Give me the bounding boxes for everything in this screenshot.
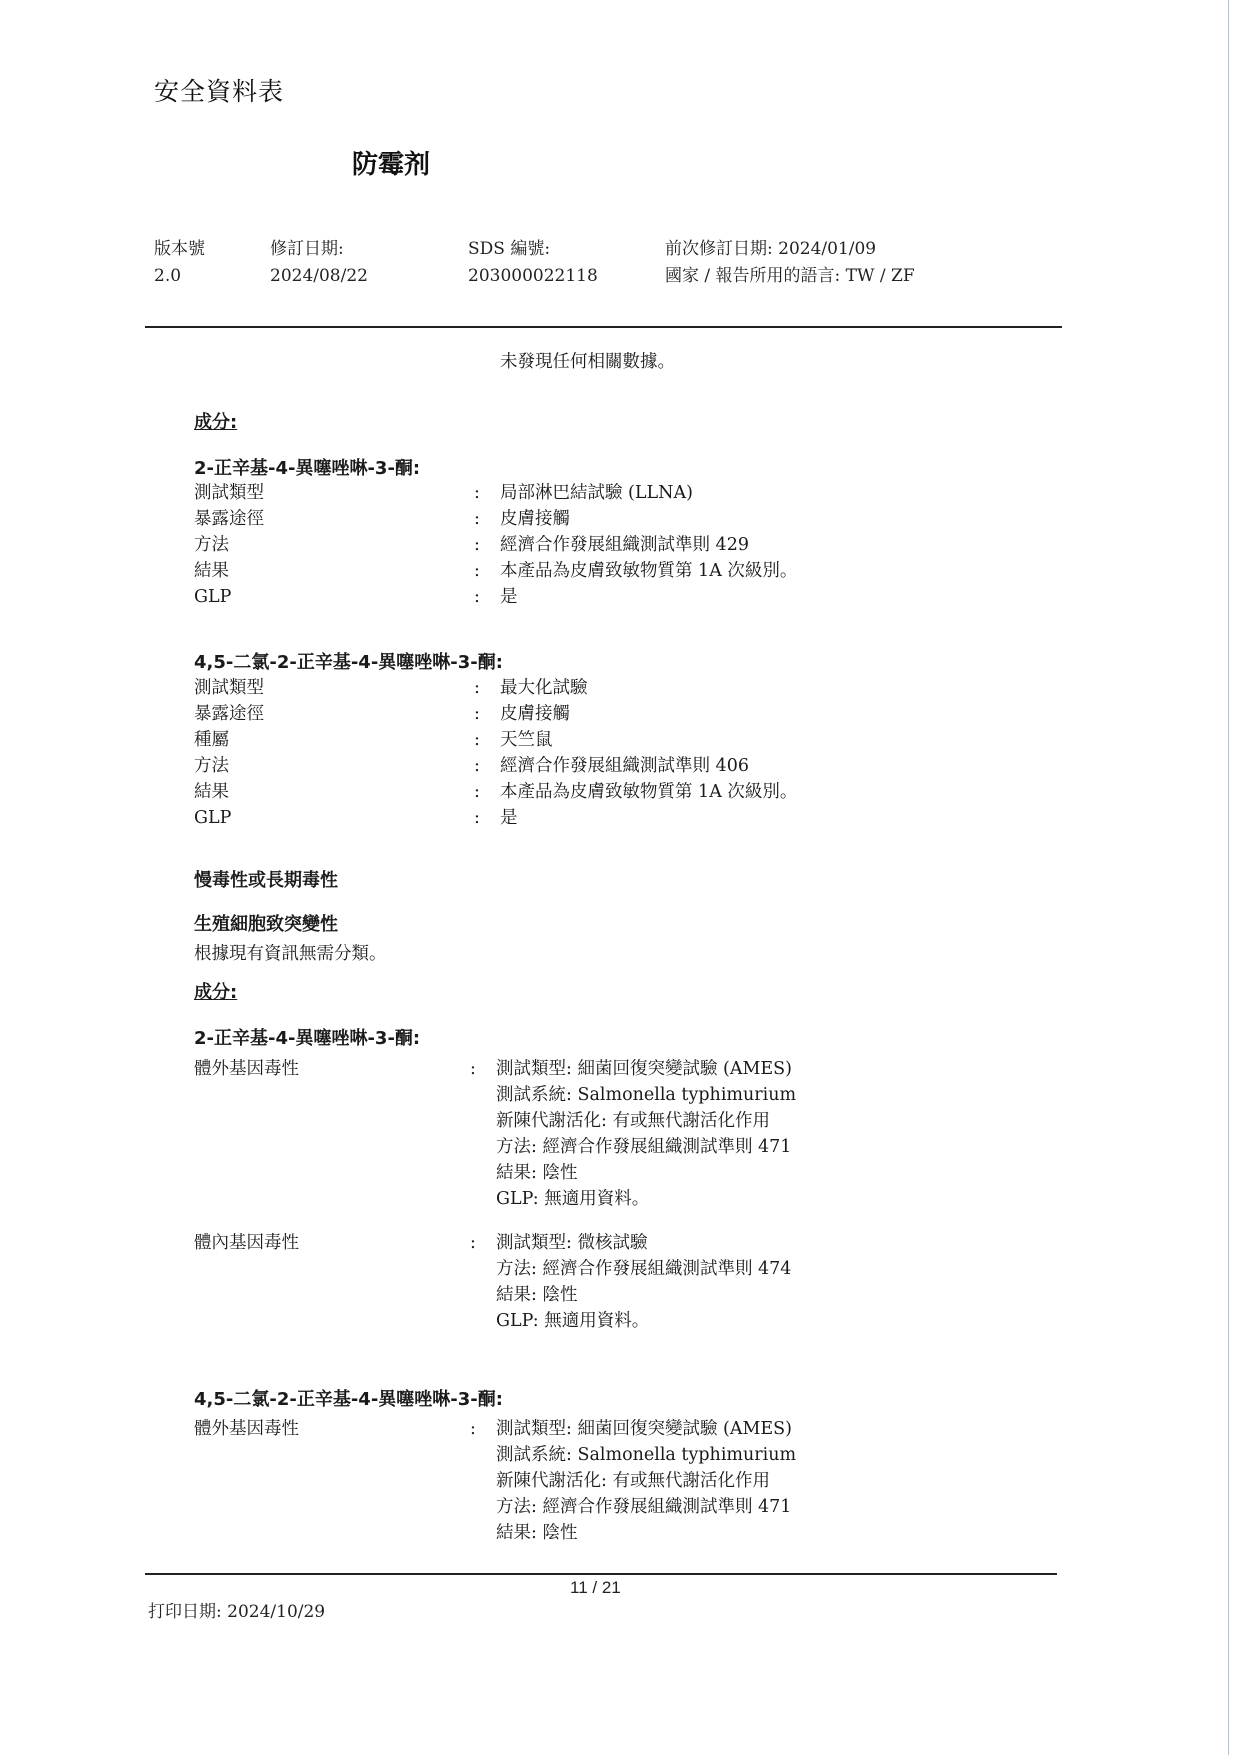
separator: : — [470, 1416, 476, 1442]
result-line: 方法: 經濟合作發展組織測試準則 474 — [496, 1256, 791, 1282]
result-line: GLP: 無適用資料。 — [496, 1186, 796, 1212]
meta-version-value: 2.0 — [154, 263, 205, 290]
result-line: 測試系統: Salmonella typhimurium — [496, 1442, 796, 1468]
property-key: GLP — [194, 805, 231, 831]
separator: : — [474, 480, 480, 506]
property-value: 經濟合作發展組織測試準則 406 — [500, 753, 749, 779]
property-key: 種屬 — [194, 727, 229, 753]
property-row: 測試類型 : 最大化試驗 — [194, 675, 1054, 701]
result-line: GLP: 無適用資料。 — [496, 1308, 791, 1334]
result-line: 方法: 經濟合作發展組織測試準則 471 — [496, 1494, 796, 1520]
page-number: 11 / 21 — [570, 1578, 621, 1598]
property-row: 結果 : 本產品為皮膚致敏物質第 1A 次級別。 — [194, 558, 1054, 584]
property-key: 結果 — [194, 558, 229, 584]
result-line: 測試類型: 微核試驗 — [496, 1230, 791, 1256]
result-lines: 測試類型: 微核試驗 方法: 經濟合作發展組織測試準則 474 結果: 陰性 G… — [496, 1230, 791, 1334]
property-key: 體內基因毒性 — [194, 1230, 299, 1256]
property-value: 本產品為皮膚致敏物質第 1A 次級別。 — [500, 558, 797, 584]
meta-country-language: 國家 / 報告所用的語言: TW / ZF — [665, 263, 915, 290]
property-table: 測試類型 : 局部淋巴結試驗 (LLNA) 暴露途徑 : 皮膚接觸 方法 : 經… — [194, 480, 1054, 610]
separator: : — [474, 805, 480, 831]
property-key: 暴露途徑 — [194, 506, 264, 532]
meta-version-label: 版本號 — [154, 236, 205, 263]
result-lines: 測試類型: 細菌回復突變試驗 (AMES) 測試系統: Salmonella t… — [496, 1056, 796, 1212]
property-row: 結果 : 本產品為皮膚致敏物質第 1A 次級別。 — [194, 779, 1054, 805]
property-value: 皮膚接觸 — [500, 506, 570, 532]
footer-divider — [145, 1573, 1057, 1575]
result-line: 測試類型: 細菌回復突變試驗 (AMES) — [496, 1416, 796, 1442]
separator: : — [474, 558, 480, 584]
document-title: 安全資料表 — [154, 72, 284, 108]
property-key: 方法 — [194, 532, 229, 558]
substance-name: 4,5-二氯-2-正辛基-4-異噻唑啉-3-酮: — [194, 648, 503, 674]
property-key: 體外基因毒性 — [194, 1056, 299, 1082]
property-row: 暴露途徑 : 皮膚接觸 — [194, 701, 1054, 727]
substance-name: 4,5-二氯-2-正辛基-4-異噻唑啉-3-酮: — [194, 1385, 503, 1411]
meta-revision-date: 修訂日期: 2024/08/22 — [270, 236, 368, 290]
meta-sds-number-value: 203000022118 — [468, 263, 598, 290]
property-value: 是 — [500, 805, 518, 831]
property-value: 皮膚接觸 — [500, 701, 570, 727]
substance-name: 2-正辛基-4-異噻唑啉-3-酮: — [194, 1024, 420, 1050]
meta-sds-number: SDS 編號: 203000022118 — [468, 236, 598, 290]
property-key: GLP — [194, 584, 231, 610]
property-table: 測試類型 : 最大化試驗 暴露途徑 : 皮膚接觸 種屬 : 天竺鼠 方法 : 經… — [194, 675, 1054, 831]
result-line: 結果: 陰性 — [496, 1520, 796, 1546]
separator: : — [474, 532, 480, 558]
property-row: 暴露途徑 : 皮膚接觸 — [194, 506, 1054, 532]
header-divider — [145, 326, 1062, 328]
product-name: 防霉剂 — [352, 144, 430, 181]
meta-previous-revision: 前次修訂日期: 2024/01/09 國家 / 報告所用的語言: TW / ZF — [665, 236, 915, 290]
result-line: 測試系統: Salmonella typhimurium — [496, 1082, 796, 1108]
result-line: 新陳代謝活化: 有或無代謝活化作用 — [496, 1468, 796, 1494]
property-row: GLP : 是 — [194, 805, 1054, 831]
property-row: 種屬 : 天竺鼠 — [194, 727, 1054, 753]
property-key: 體外基因毒性 — [194, 1416, 299, 1442]
separator: : — [474, 506, 480, 532]
property-value: 是 — [500, 584, 518, 610]
property-row: 方法 : 經濟合作發展組織測試準則 429 — [194, 532, 1054, 558]
chronic-toxicity-heading: 慢毒性或長期毒性 — [194, 866, 338, 892]
property-value: 天竺鼠 — [500, 727, 553, 753]
result-lines: 測試類型: 細菌回復突變試驗 (AMES) 測試系統: Salmonella t… — [496, 1416, 796, 1546]
result-line: 測試類型: 細菌回復突變試驗 (AMES) — [496, 1056, 796, 1082]
property-value: 局部淋巴結試驗 (LLNA) — [500, 480, 693, 506]
separator: : — [474, 779, 480, 805]
property-key: 方法 — [194, 753, 229, 779]
property-key: 暴露途徑 — [194, 701, 264, 727]
meta-sds-number-label: SDS 編號: — [468, 236, 598, 263]
substance-name: 2-正辛基-4-異噻唑啉-3-酮: — [194, 454, 420, 480]
property-key: 測試類型 — [194, 480, 264, 506]
page-edge — [1228, 0, 1229, 1755]
no-data-note: 未發現任何相關數據。 — [500, 348, 675, 373]
separator: : — [470, 1230, 476, 1256]
property-row: 測試類型 : 局部淋巴結試驗 (LLNA) — [194, 480, 1054, 506]
result-line: 結果: 陰性 — [496, 1160, 796, 1186]
separator: : — [474, 584, 480, 610]
result-line: 結果: 陰性 — [496, 1282, 791, 1308]
meta-version: 版本號 2.0 — [154, 236, 205, 290]
meta-revision-date-label: 修訂日期: — [270, 236, 368, 263]
separator: : — [474, 675, 480, 701]
components-heading: 成分: — [194, 408, 237, 434]
print-date: 打印日期: 2024/10/29 — [148, 1597, 325, 1622]
result-line: 方法: 經濟合作發展組織測試準則 471 — [496, 1134, 796, 1160]
germ-cell-heading: 生殖細胞致突變性 — [194, 910, 338, 936]
components-heading: 成分: — [194, 978, 237, 1004]
separator: : — [470, 1056, 476, 1082]
meta-revision-date-value: 2024/08/22 — [270, 263, 368, 290]
separator: : — [474, 753, 480, 779]
separator: : — [474, 727, 480, 753]
property-key: 結果 — [194, 779, 229, 805]
meta-previous-revision-date: 前次修訂日期: 2024/01/09 — [665, 236, 915, 263]
property-row: GLP : 是 — [194, 584, 1054, 610]
result-line: 新陳代謝活化: 有或無代謝活化作用 — [496, 1108, 796, 1134]
property-row: 方法 : 經濟合作發展組織測試準則 406 — [194, 753, 1054, 779]
classification-note: 根據現有資訊無需分類。 — [194, 940, 387, 965]
property-value: 經濟合作發展組織測試準則 429 — [500, 532, 749, 558]
property-key: 測試類型 — [194, 675, 264, 701]
separator: : — [474, 701, 480, 727]
property-value: 本產品為皮膚致敏物質第 1A 次級別。 — [500, 779, 797, 805]
property-value: 最大化試驗 — [500, 675, 588, 701]
